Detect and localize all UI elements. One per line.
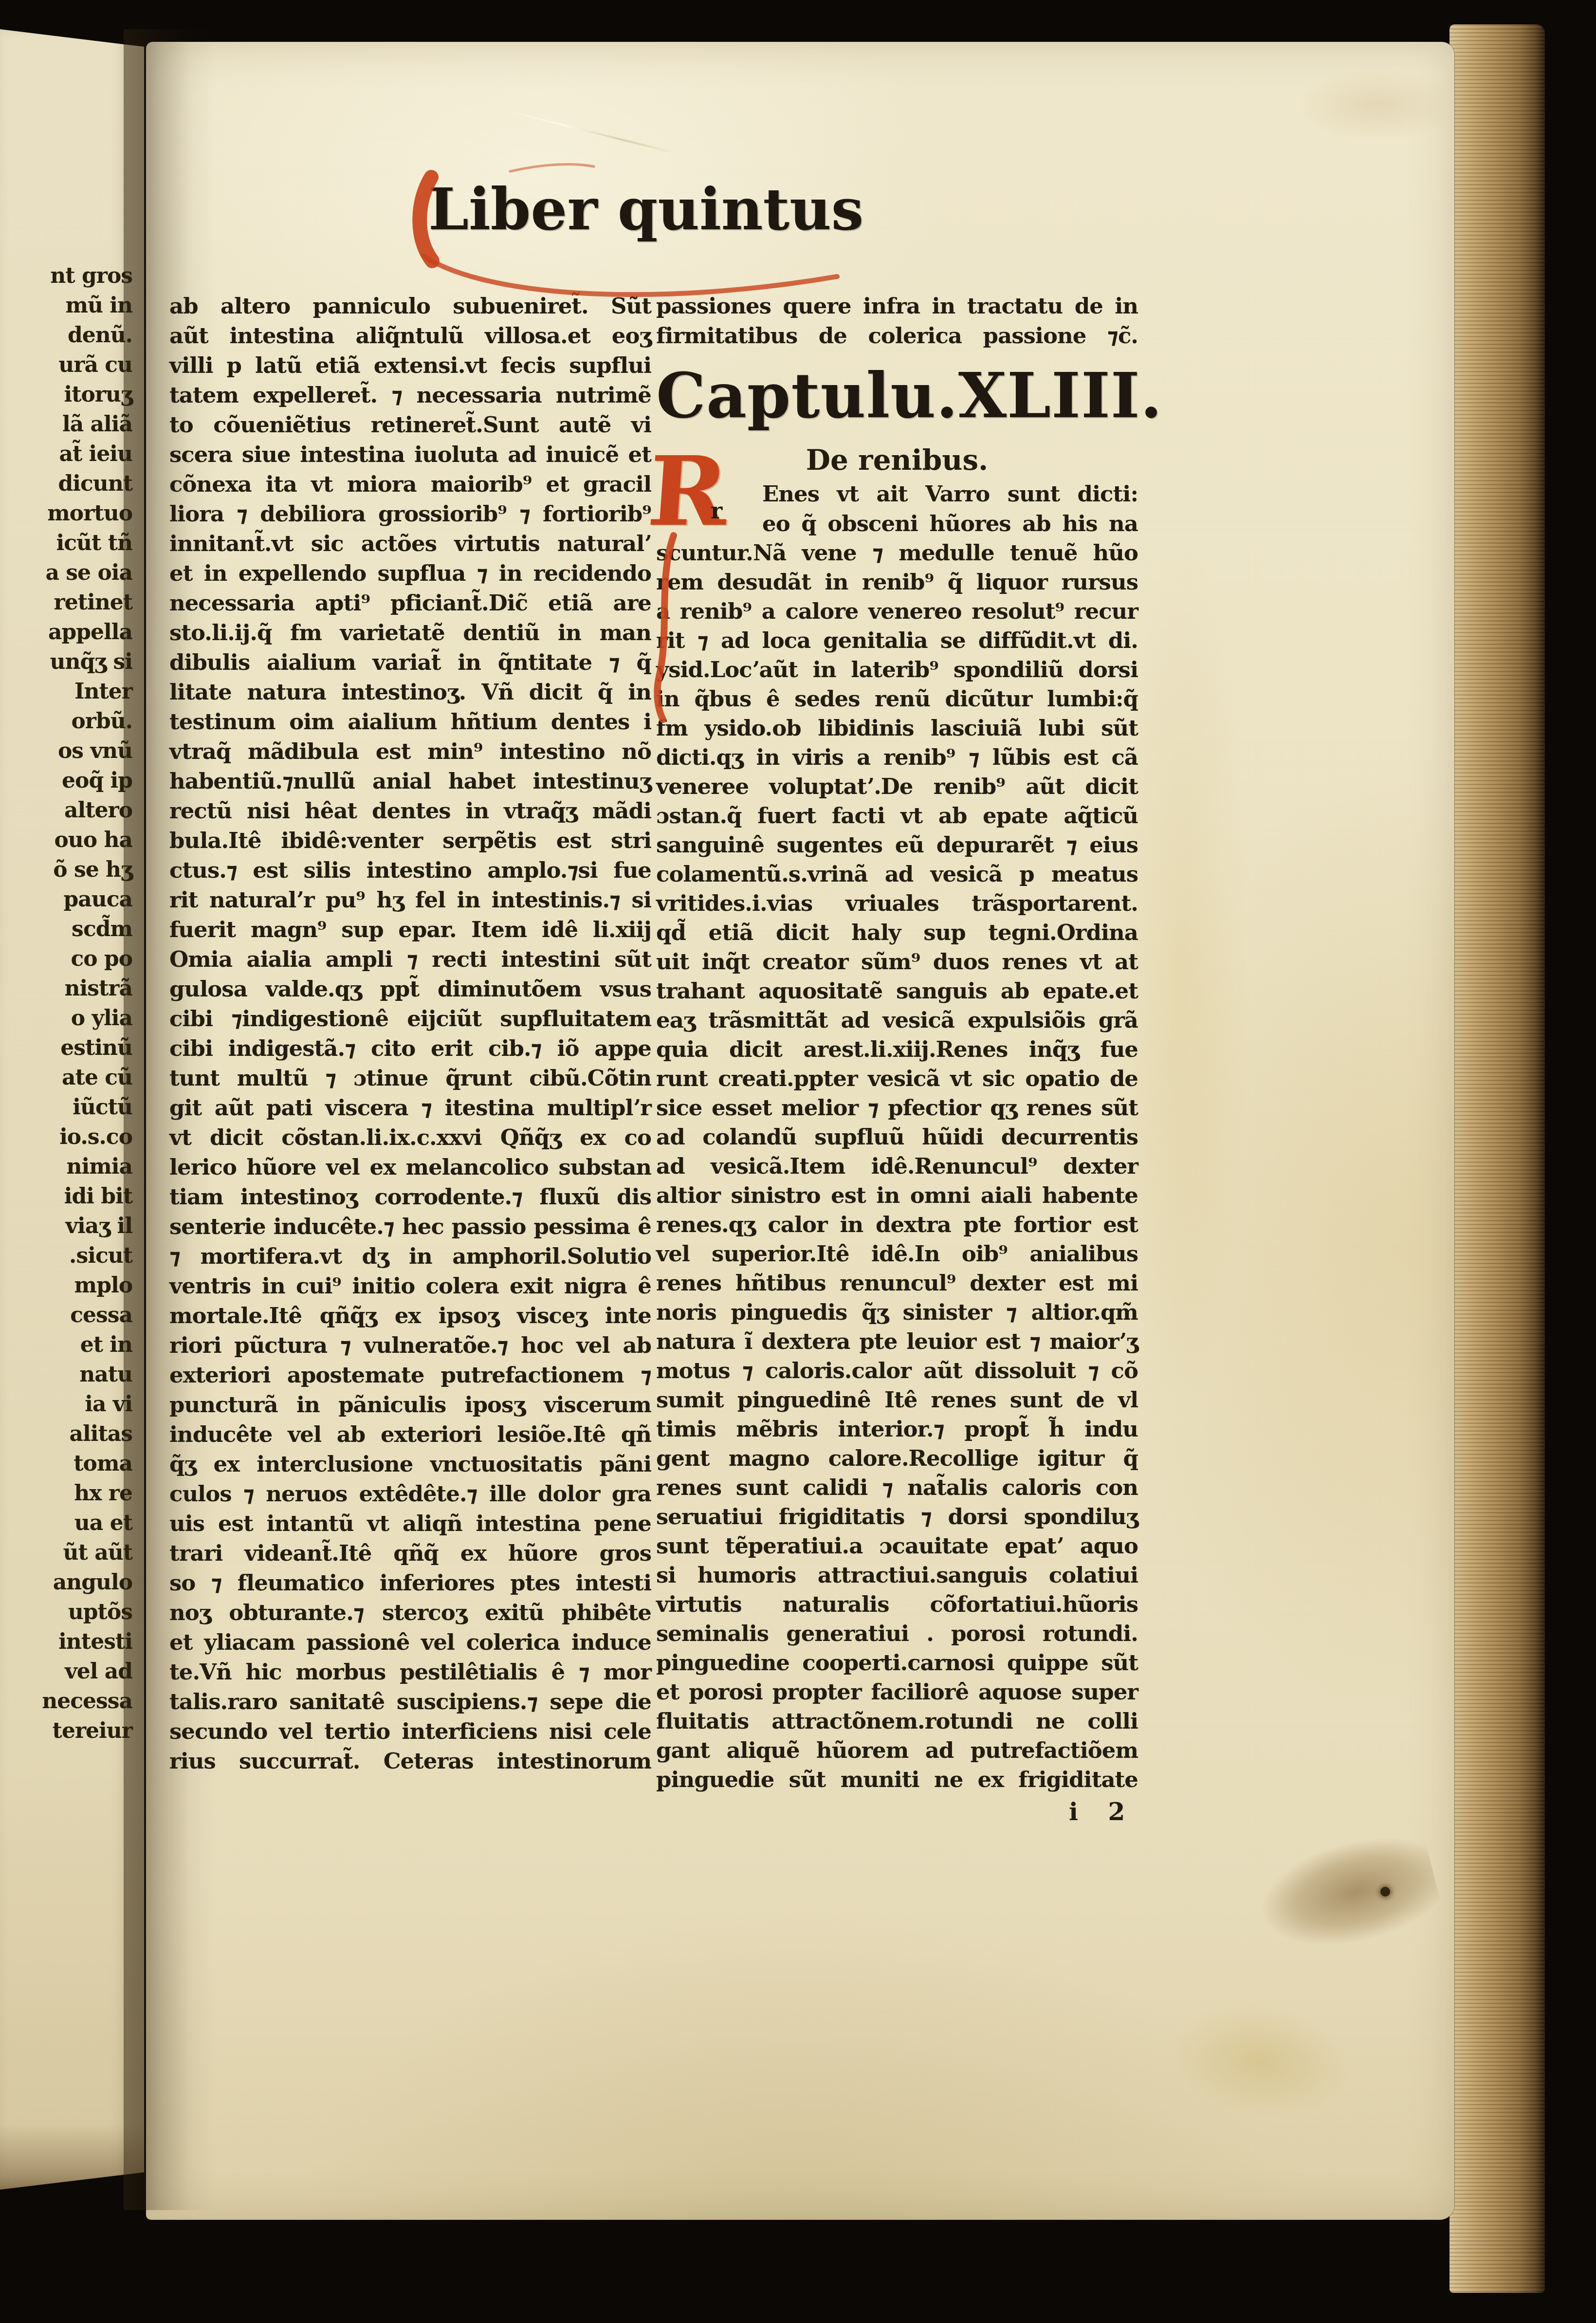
text-line: riori pũctura ⁊ vulneratõe.⁊ hoc vel ab [169, 1330, 651, 1360]
text-line: sumit pinguedinê Itê renes sunt de vl [656, 1385, 1138, 1415]
text-line: et porosi propter faciliorê aquose super [656, 1678, 1138, 1707]
facing-page-fragment: pauca [0, 885, 132, 914]
text-line: sice esset melior ⁊ pfectior qʒ renes sũ… [656, 1093, 1138, 1123]
text-line: uis est intantũ vt aliqñ intestina pene [169, 1509, 651, 1538]
foxing-stain [1295, 68, 1460, 141]
facing-page-fragment: co po [0, 944, 132, 974]
facing-page-fragment: retinet [0, 588, 132, 617]
text-line: noʒ obturante.⁊ stercoʒ exitũ phibête [169, 1598, 651, 1627]
text-line: mortale.Itê qñq̃ʒ ex ipsoʒ visceʒ inte [169, 1301, 651, 1330]
facing-page-fragment: nistrã [0, 974, 132, 1003]
facing-page-fragment: altero [0, 795, 132, 825]
text-line: tatem expelleret̃. ⁊ necessaria nutrimẽ [169, 380, 651, 410]
facing-page-fragment: os vnũ [0, 736, 132, 766]
text-line: si humoris attractiui.sanguis colatiui [656, 1561, 1138, 1590]
header-rubric-flourish [393, 161, 870, 307]
fore-edge-page-stack [1449, 24, 1545, 2293]
facing-page-fragment: icũt tñ [0, 528, 132, 558]
text-line: dibulis aialium variat̃ in q̃ntitate ⁊ q… [169, 647, 651, 677]
text-line: gant aliquẽ hũorem ad putrefactiõem [656, 1736, 1138, 1765]
text-line: liora ⁊ debiliora grossiorib⁹ ⁊ fortiori… [169, 499, 651, 529]
facing-page-fragment: mortuo [0, 498, 132, 528]
text-line: natura ĩ dextera pte leuior est ⁊ maiorʼ… [656, 1327, 1138, 1356]
facing-page-fragment: o ylia [0, 1003, 132, 1033]
facing-page-fragment: denũ. [0, 320, 132, 350]
text-line: so ⁊ fleumatico inferiores ptes intesti [169, 1568, 651, 1598]
text-line: talis.raro sanitatê suscipiens.⁊ sepe di… [169, 1687, 651, 1716]
text-line: noris pinguedis q̃ʒ sinister ⁊ altior.qm… [656, 1298, 1138, 1327]
text-line: puncturã in pãniculis iposʒ viscerum [169, 1390, 651, 1420]
text-line: trahant aquositatẽ sanguis ab epate.et [656, 977, 1138, 1006]
text-line: renes hñtibus renuncul⁹ dexter est mi [656, 1269, 1138, 1298]
text-line: rectũ nisi hêat dentes in vtraq̃ʒ mãdi [169, 796, 651, 826]
text-line: renes.qʒ calor in dextra pte fortior est [656, 1210, 1138, 1239]
text-line: eaʒ trãsmittãt ad vesicã expulsiõis grã [656, 1006, 1138, 1035]
facing-page-fragment: nimia [0, 1152, 132, 1181]
text-line: rit naturalʼr pu⁹ hʒ fel in intestinis.⁊… [169, 885, 651, 915]
text-line: pinguedie sũt muniti ne ex frigiditate [656, 1765, 1138, 1794]
text-line: dicti.qʒ in viris a renib⁹ ⁊ lũbis est c… [656, 743, 1138, 772]
text-line: villi p latũ etiã extensi.vt fecis supfl… [169, 350, 651, 380]
text-line: ventris in cui⁹ initio colera exit nigra… [169, 1271, 651, 1301]
text-line: bula.Itê ibidê:venter serpẽtis est stri [169, 826, 651, 855]
text-line: gent magno calore.Recollige igitur q̃ [656, 1444, 1138, 1473]
facing-page-fragment: toma [0, 1449, 132, 1478]
facing-page-fragment: a se oia [0, 558, 132, 588]
text-line: git aũt pati viscera ⁊ itestina multiplʼ… [169, 1093, 651, 1123]
facing-page-fragment: ũt aũt [0, 1538, 132, 1567]
text-line: inducête vel ab exteriori lesiõe.Itê qñ [169, 1420, 651, 1449]
facing-page-fragment: hx re [0, 1478, 132, 1508]
text-line: secundo vel tertio interficiens nisi cel… [169, 1716, 651, 1746]
facing-page-fragment: ate cũ [0, 1063, 132, 1092]
text-line: vtraq̃ mãdibula est min⁹ intestino nõ [169, 737, 651, 766]
facing-page-fragment: Inter [0, 677, 132, 706]
text-line: pinguedine cooperti.carnosi quippe sũt [656, 1648, 1138, 1678]
text-line: firmitatibus de colerica passione ⁊c̃. [656, 321, 1138, 350]
text-line: necessaria apti⁹ pficiant̃.Dic̃ etiã are [169, 588, 651, 618]
initial-guide-letter: r [711, 498, 722, 524]
text-line: tunt multũ ⁊ ɔtinue q̃runt cibũ.Cõtin [169, 1063, 651, 1093]
facing-page-fragment: mũ in [0, 291, 132, 320]
left-text-column: ab altero panniculo subueniret̃. Sũtaũt … [169, 291, 651, 1776]
text-line: qd̃ etiã dicit haly sup tegni.Ordina [656, 918, 1138, 947]
text-line: ad vesicã.Item idê.Renuncul⁹ dexter [656, 1152, 1138, 1181]
text-line: sunt tẽperatiui.a ɔcauitate epatʼ aquo [656, 1531, 1138, 1561]
text-line: veneree voluptatʼ.De renib⁹ aũt dicit [656, 772, 1138, 801]
text-line: seruatiui frigiditatis ⁊ dorsi spondiluʒ [656, 1502, 1138, 1531]
facing-page-fragment: iũctũ [0, 1092, 132, 1122]
facing-page-fragment: appella [0, 617, 132, 647]
facing-page-fragment: alitas [0, 1419, 132, 1449]
text-line: cõnexa ita vt miora maiorib⁹ et gracil [169, 469, 651, 499]
text-line: ɔstan.q̃ fuert facti vt ab epate aq̃ticũ [656, 801, 1138, 830]
facing-page-fragment: scd̃m [0, 914, 132, 944]
facing-page-fragment: ia vi [0, 1389, 132, 1419]
facing-page-fragment: .sicut [0, 1241, 132, 1271]
facing-page-text-fragments: nt grosmũ indenũ.urã cuitoruʒlã aliãat̃ … [0, 261, 132, 1746]
wormhole-dot [1380, 1887, 1390, 1897]
text-line: timis mẽbris interior.⁊ propt̃ h̃ indu [656, 1415, 1138, 1444]
text-line: ctus.⁊ est silis intestino amplo.⁊si fue [169, 855, 651, 885]
text-line: altior sinistro est in omni aiali habent… [656, 1181, 1138, 1210]
text-line: runt creati.ppter vesicã vt sic opatio d… [656, 1064, 1138, 1093]
text-line: renes sunt calidi ⁊ nat̃alis caloris con [656, 1473, 1138, 1502]
text-line: habentiũ.⁊nullũ anial habet intestinuʒ [169, 766, 651, 796]
facing-page-fragment: orbũ. [0, 706, 132, 736]
facing-page-fragment: vel ad [0, 1657, 132, 1686]
facing-page-fragment: et in [0, 1330, 132, 1360]
text-line: sanguinê sugentes eũ depurarẽt ⁊ eius [656, 830, 1138, 860]
text-line: fuerit magn⁹ sup epar. Item idê li.xiij [169, 915, 651, 944]
text-line: vt dicit cõstan.li.ix.c.xxvi Qñq̃ʒ ex co [169, 1123, 651, 1152]
text-line: uit inq̃t creator sũm⁹ duos renes vt at [656, 947, 1138, 977]
text-line: et in expellendo supflua ⁊ in recidendo [169, 558, 651, 588]
text-line: rius succurrat̃. Ceteras intestinorum [169, 1746, 651, 1776]
facing-page-fragment: uptõs [0, 1597, 132, 1627]
text-line: Omia aialia ampli ⁊ recti intestini sũt [169, 944, 651, 974]
text-line: ⁊ mortifera.vt dʒ in amphoril.Solutio [169, 1241, 651, 1271]
facing-page-fragment: õ se hʒ [0, 855, 132, 885]
text-line: lerico hũore vel ex melancolico substan [169, 1152, 651, 1182]
facing-page-fragment: at̃ ieiu [0, 439, 132, 469]
facing-page-fragment: dicunt [0, 469, 132, 498]
chapter-heading: Captulu.XLIII. [656, 350, 1138, 444]
facing-page-fragment: intesti [0, 1627, 132, 1657]
text-line: cibi ⁊indigestionê eijciũt supfluitatem [169, 1004, 651, 1033]
initial-letter-R: R [645, 444, 731, 539]
facing-page-fragment: urã cu [0, 350, 132, 380]
right-column-body: scuntur.Nã vene ⁊ medulle tenuẽ hũorem d… [656, 538, 1138, 1794]
facing-page-fragment: natu [0, 1360, 132, 1389]
facing-page-fragment: angulo [0, 1567, 132, 1597]
text-line: quia dicit arest.li.xiij.Renes inq̃ʒ fue [656, 1035, 1138, 1064]
text-line: seminalis generatiui . porosi rotundi. [656, 1619, 1138, 1648]
text-line: cibi indigestã.⁊ cito erit cib.⁊ iõ appe [169, 1033, 651, 1063]
text-line: fluitatis attractõnem.rotundi ne colli [656, 1707, 1138, 1736]
text-line: vritides.i.vias vriuales trãsportarent. [656, 889, 1138, 918]
text-line: trari videant̃.Itê qñq̃ ex hũore gros [169, 1538, 651, 1568]
text-line: vel superior.Itê idê.In oib⁹ anialibus [656, 1239, 1138, 1269]
facing-page-fragment: nt gros [0, 261, 132, 291]
initial-descender-flourish [648, 531, 760, 725]
book-photo: { "meta": { "description": "Photograph o… [0, 0, 1596, 2323]
facing-page-fragment: ua et [0, 1508, 132, 1538]
text-line: scera siue intestina iuoluta ad inuicẽ e… [169, 440, 651, 469]
facing-page-fragment: ouo ha [0, 825, 132, 855]
facing-page-fragment: itoruʒ [0, 380, 132, 409]
text-line: virtutis naturalis cõfortatiui.hũoris [656, 1590, 1138, 1619]
text-line: motus ⁊ caloris.calor aũt dissoluit ⁊ cõ [656, 1356, 1138, 1385]
text-line: litate natura intestinoʒ. Vñ dicit q̃ in [169, 677, 651, 707]
signature-mark: i 2 [1069, 1797, 1166, 1826]
text-line: q̃ʒ ex interclusione vnctuositatis pãni [169, 1449, 651, 1479]
text-line: senterie inducête.⁊ hec passio pessima ê [169, 1212, 651, 1241]
text-line: aũt intestina aliq̃ntulũ villosa.et eoʒ [169, 321, 651, 350]
text-line: sto.li.ij.q̃ fm varietatẽ dentiũ in man [169, 618, 651, 647]
facing-page-fragment: eoq̃ ip [0, 766, 132, 795]
facing-page-fragment: estinũ [0, 1033, 132, 1063]
text-line: testinum oim aialium hñtium dentes i [169, 707, 651, 737]
text-line: ad colandũ supfluũ hũidi decurrentis [656, 1123, 1138, 1152]
facing-page-fragment: tereiur [0, 1716, 132, 1746]
facing-page-fragment: cessa [0, 1300, 132, 1330]
facing-page-fragment: necessa [0, 1686, 132, 1716]
text-line: et yliacam passionê vel colerica induce [169, 1627, 651, 1657]
chapter-initial: R r [648, 453, 760, 725]
text-line: culos ⁊ neruos extêdête.⁊ ille dolor gra [169, 1479, 651, 1509]
text-line: tiam intestinoʒ corrodente.⁊ fluxũ dis [169, 1182, 651, 1212]
text-line: exteriori apostemate putrefactionem ⁊ [169, 1360, 651, 1390]
facing-page-fragment: unq̃ʒ si [0, 647, 132, 677]
text-line: te.Vñ hic morbus pestilêtialis ê ⁊ mor [169, 1657, 651, 1687]
facing-page-fragment: idi bit [0, 1181, 132, 1211]
facing-page-fragment: viaʒ il [0, 1211, 132, 1241]
text-line: gulosa valde.qʒ ppt̃ diminutõem vsus [169, 974, 651, 1004]
text-line: colamentũ.s.vrinã ad vesicã p meatus [656, 860, 1138, 889]
text-line: to cõueniẽtius retineret̃.Sunt autẽ vi [169, 410, 651, 440]
margin-stain [1119, 560, 1246, 1387]
facing-page-fragment: io.s.co [0, 1122, 132, 1152]
text-line: innitant̃.vt sic actões virtutis natural… [169, 529, 651, 558]
facing-page-fragment: mplo [0, 1271, 132, 1300]
facing-page-fragment: lã aliã [0, 409, 132, 439]
